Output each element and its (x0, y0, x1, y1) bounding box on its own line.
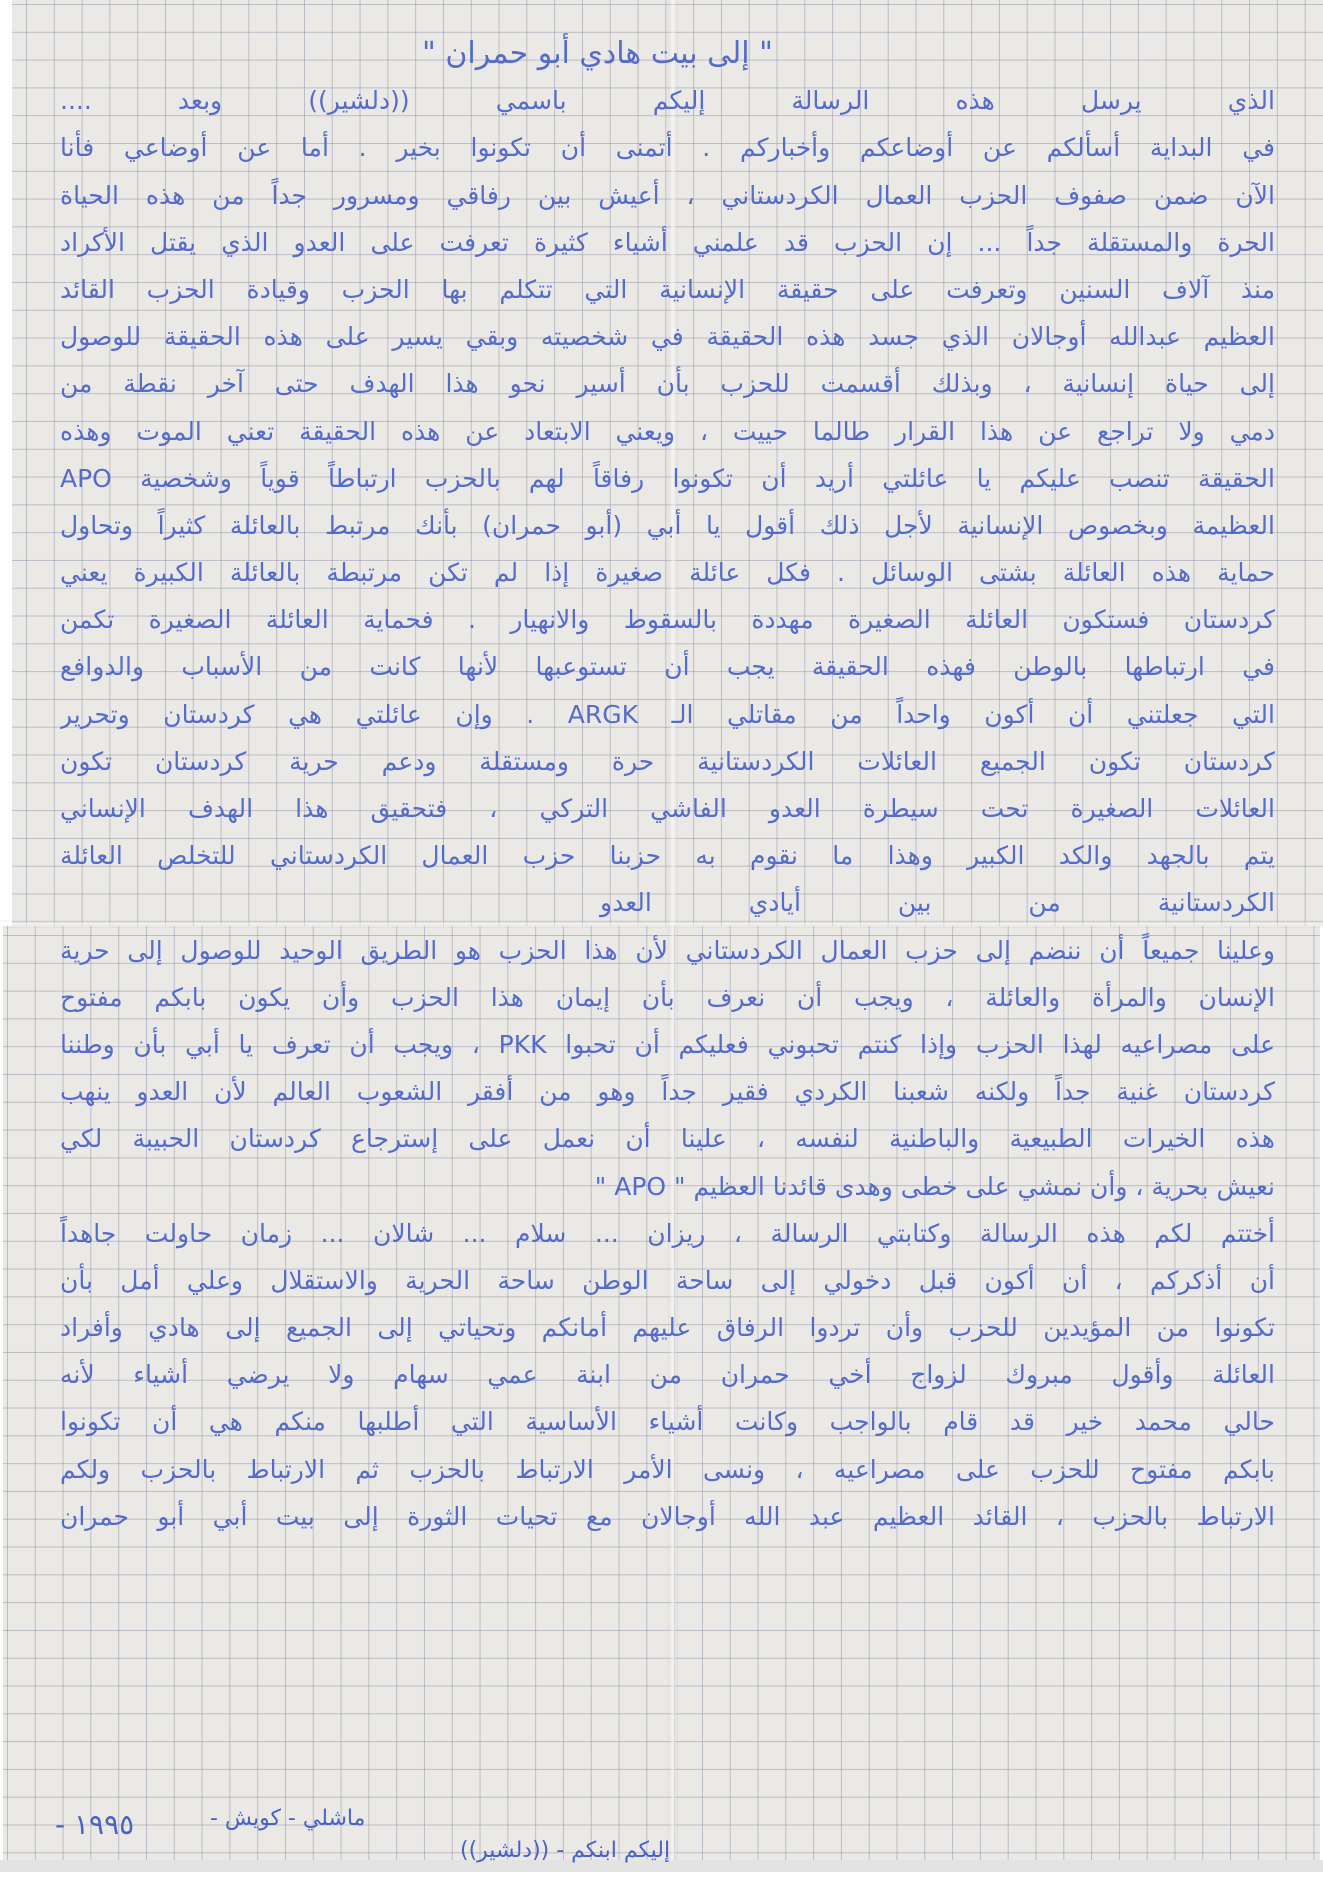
letter-line: العظيمة وبخصوص الإنسانية لأجل ذلك أقول ي… (60, 502, 1275, 549)
letter-line: أختتم لكم هذه الرسالة وكتابتي الرسالة ، … (60, 1210, 1275, 1257)
letter-line: الذي يرسل هذه الرسالة إليكم باسمي ((دلشي… (60, 77, 1275, 124)
letter-line: الارتباط بالحزب ، القائد العظيم عبد الله… (60, 1493, 1275, 1540)
letter-line: العظيم عبدالله أوجالان الذي جسد هذه الحق… (60, 313, 1275, 360)
letter-place: ماشلي - كويش - (210, 1806, 365, 1831)
letter-line: منذ آلاف السنين وتعرفت على حقيقة الإنسان… (60, 266, 1275, 313)
letter-signature: إليكم ابنكم - ((دلشير)) (460, 1838, 670, 1863)
letter-line: حالي محمد خير قد قام بالواجب وكانت أشياء… (60, 1398, 1275, 1445)
letter-line: يتم بالجهد والكد الكبير وهذا ما نقوم به … (60, 832, 1275, 879)
letter-line: العائلة وأقول مبروك لزواج أخي حمران من ا… (60, 1351, 1275, 1398)
letter-line: كردستان غنية جداً ولكنه شعبنا الكردي فقي… (60, 1068, 1275, 1115)
letter-line: وعلينا جميعاً أن ننضم إلى حزب العمال الك… (60, 927, 1275, 974)
letter-line: نعيش بحرية ، وأن نمشي على خطى وهدى قائدن… (60, 1163, 1275, 1210)
letter-line: الإنسان والمرأة والعائلة ، ويجب أن نعرف … (60, 974, 1275, 1021)
letter-line: في البداية أسألكم عن أوضاعكم وأخباركم . … (60, 124, 1275, 171)
letter-line: إلى حياة إنسانية ، وبذلك أقسمت للحزب بأن… (60, 360, 1275, 407)
letter-line: الحرة والمستقلة جداً ... إن الحزب قد علم… (60, 219, 1275, 266)
letter-line: التي جعلتني أن أكون واحداً من مقاتلي الـ… (60, 691, 1275, 738)
letter-body: " إلى بيت هادي أبو حمران " الذي يرسل هذه… (60, 30, 1275, 1540)
letter-line: على مصراعيه لهذا الحزب وإذا كنتم تحبوني … (60, 1021, 1275, 1068)
letter-date: ١٩٩٥ - (55, 1808, 134, 1841)
letter-line: كردستان فستكون العائلة الصغيرة مهددة بال… (60, 596, 1275, 643)
letter-line: الكردستانية من بين أيادي العدو (60, 879, 1275, 926)
letter-line: الآن ضمن صفوف الحزب العمال الكردستاني ، … (60, 172, 1275, 219)
letter-line: تكونوا من المؤيدين للحزب وأن تردوا الرفا… (60, 1304, 1275, 1351)
letter-title: " إلى بيت هادي أبو حمران " (60, 30, 1275, 77)
letter-line: في ارتباطها بالوطن فهذه الحقيقة يجب أن ت… (60, 643, 1275, 690)
letter-line: الحقيقة تنصب عليكم يا عائلتي أريد أن تكو… (60, 455, 1275, 502)
letter-line: أن أذكركم ، أن أكون قبل دخولي إلى ساحة ا… (60, 1257, 1275, 1304)
letter-line: العائلات الصغيرة تحت سيطرة العدو الفاشي … (60, 785, 1275, 832)
letter-line: حماية هذه العائلة بشتى الوسائل . فكل عائ… (60, 549, 1275, 596)
letter-line: بابكم مفتوح للحزب على مصراعيه ، ونسى الأ… (60, 1446, 1275, 1493)
letter-line: كردستان تكون الجميع العائلات الكردستانية… (60, 738, 1275, 785)
letter-line: هذه الخيرات الطبيعية والباطنية لنفسه ، ع… (60, 1115, 1275, 1162)
letter-line: دمي ولا تراجع عن هذا القرار طالما حييت ،… (60, 408, 1275, 455)
